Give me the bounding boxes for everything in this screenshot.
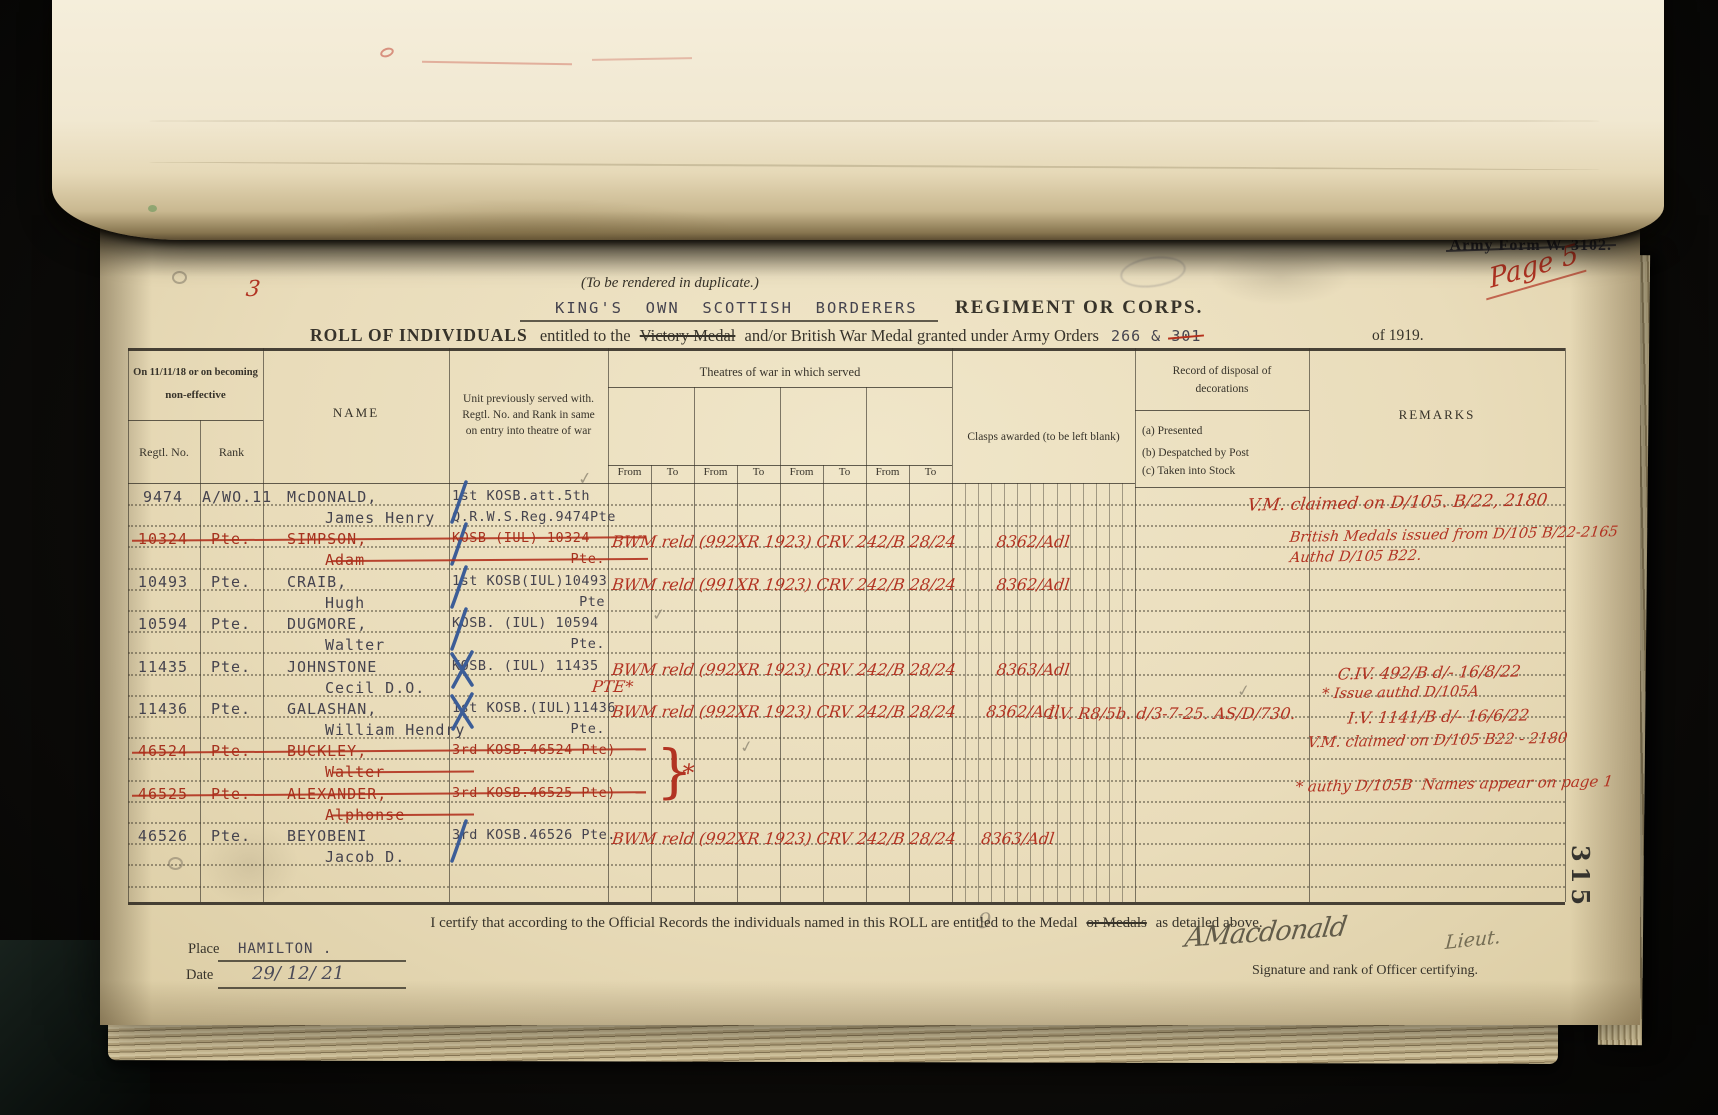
page-crease xyxy=(149,120,1600,122)
signature-label: Signature and rank of Officer certifying… xyxy=(1195,963,1535,979)
header-regtl-no: Regtl. No. xyxy=(128,445,200,460)
place-value: HAMILTON . xyxy=(238,941,332,957)
row-rank: A/WO.11 xyxy=(202,488,260,506)
remark-annotation: Authd D/105 B22. xyxy=(1289,548,1423,566)
header-record-1: Record of disposal of xyxy=(1135,365,1309,377)
remark-annotation: V.M. claimed on D/105 B22 - 2180 xyxy=(1307,729,1569,752)
row-rank: Pte. xyxy=(202,615,260,633)
table-rule xyxy=(1135,410,1309,411)
header-noneffective-1: On 11/11/18 or on becoming xyxy=(128,367,263,378)
red-dash-mark xyxy=(422,61,572,66)
header-unit-3: on entry into theatre of war xyxy=(449,425,608,437)
remark-annotation: British Medals issued from D/105 B/22-21… xyxy=(1289,524,1619,546)
header-record-a: (a) Presented xyxy=(1142,425,1202,437)
fastener-hole xyxy=(172,271,187,284)
blue-x-mark-icon xyxy=(449,649,475,694)
certify-struck: or Medals xyxy=(1086,915,1146,931)
book-photograph: Army Form W. 3102. Page 5 3 (To be rende… xyxy=(0,0,1718,1115)
page-crease xyxy=(149,161,1600,171)
row-unit-line2: Pte xyxy=(452,594,605,610)
table-rule xyxy=(780,387,781,465)
header-clasps: Clasps awarded (to be left blank) xyxy=(952,431,1135,443)
officer-rank: Lieut. xyxy=(1444,926,1501,954)
red-scribble-icon xyxy=(379,46,395,59)
row-regtl-no: 11435 xyxy=(130,658,196,676)
row-forename: Cecil D.O. xyxy=(325,679,425,697)
page-stack-bottom-edge xyxy=(108,1020,1558,1064)
row-medal-annotation: BWM reld (992XR 1923) CRV 242/B 28/24 83… xyxy=(611,829,1056,848)
roll-struck-medal: Victory Medal xyxy=(640,326,736,345)
document-page: Army Form W. 3102. Page 5 3 (To be rende… xyxy=(100,215,1640,1025)
roll-rest: and/or British War Medal granted under A… xyxy=(745,326,1099,345)
row-rank: Pte. xyxy=(202,573,260,591)
row-unit-line1: 1st KOSB(IUL)10493 xyxy=(452,573,605,589)
red-dash-mark xyxy=(592,57,692,61)
place-underline xyxy=(218,960,406,962)
header-from: From xyxy=(608,466,651,478)
header-theatres: Theatres of war in which served xyxy=(608,365,952,380)
row-forename: Jacob D. xyxy=(325,848,405,866)
header-remarks: REMARKS xyxy=(1309,407,1565,423)
handwritten-sheet-number: 3 xyxy=(244,277,261,302)
header-to: To xyxy=(737,466,780,478)
roll-title: ROLL OF INDIVIDUALS xyxy=(310,325,528,345)
table-rule xyxy=(128,886,1565,888)
faint-stamp-mark xyxy=(1118,253,1188,292)
row-unit-red-note: PTE* xyxy=(591,677,634,696)
row-regtl-no: 10493 xyxy=(130,573,196,591)
table-rule xyxy=(200,420,201,902)
blue-check-mark-icon xyxy=(449,818,469,869)
table-rule xyxy=(1135,348,1136,902)
header-to: To xyxy=(823,466,866,478)
row-regtl-no: 46526 xyxy=(130,827,196,845)
header-record-c: (c) Taken into Stock xyxy=(1142,465,1235,477)
row-surname: JOHNSTONE xyxy=(287,658,377,676)
row-surname: CRAIB, xyxy=(287,573,347,591)
row-unit-line1: 3rd KOSB.46526 Pte. xyxy=(452,827,605,843)
pencil-check-mark-icon: ✓ xyxy=(651,604,666,624)
roll-entitled: entitled to the xyxy=(540,326,631,345)
header-to: To xyxy=(909,466,952,478)
row-medal-annotation: BWM reld (992XR 1923) CRV 242/B 28/24 83… xyxy=(611,660,1071,679)
header-rank: Rank xyxy=(200,445,263,460)
regiment-underline xyxy=(520,320,938,322)
table-rule xyxy=(128,420,263,421)
orders-number: 266 & xyxy=(1111,327,1161,345)
table-rule xyxy=(608,348,609,902)
remark-annotation: V.M. claimed on D/105. B/22, 2180 xyxy=(1246,490,1548,515)
table-rule xyxy=(128,483,1135,484)
remark-annotation: C.IV. 492/B d/- 16/8/22 xyxy=(1337,661,1522,683)
row-forename: Walter xyxy=(325,636,385,654)
row-surname: DUGMORE, xyxy=(287,615,367,633)
table-rule xyxy=(263,348,264,902)
row-regtl-no: 11436 xyxy=(130,700,196,718)
date-value: 29/ 12/ 21 xyxy=(252,963,344,984)
row-unit-line1: 1st KOSB.att.5th xyxy=(452,488,605,504)
header-to: To xyxy=(651,466,694,478)
regiment-or-corps-label: REGIMENT OR CORPS. xyxy=(955,297,1203,319)
row-surname: BEYOBENI xyxy=(287,827,367,845)
table-rule xyxy=(866,387,867,465)
header-from: From xyxy=(780,466,823,478)
row-unit-line1: KOSB. (IUL) 10594 xyxy=(452,615,605,631)
row-unit-line2: Q.R.W.S.Reg.9474Pte xyxy=(452,509,605,525)
row-surname: GALASHAN, xyxy=(287,700,377,718)
table-rule xyxy=(952,348,953,902)
date-underline xyxy=(218,987,406,989)
row-rank: Pte. xyxy=(202,700,260,718)
regiment-name: KING'S OWN SCOTTISH BORDERERS xyxy=(555,299,918,317)
place-label: Place xyxy=(188,941,219,958)
row-rank: Pte. xyxy=(202,658,260,676)
table-rule xyxy=(128,348,129,902)
row-surname: McDONALD, xyxy=(287,488,377,506)
row-medal-annotation: BWM reld (992XR 1923) CRV 242/B 28/24 83… xyxy=(611,532,1071,551)
header-unit-2: Regtl. No. and Rank in same xyxy=(449,409,608,421)
table-rule xyxy=(1135,487,1565,488)
row-regtl-no: 10594 xyxy=(130,615,196,633)
date-label: Date xyxy=(186,967,213,984)
pencil-check-mark-icon: ✓ xyxy=(738,736,755,757)
certification-line: I certify that according to the Official… xyxy=(128,915,1565,932)
table-rule xyxy=(1309,348,1310,902)
pencil-check-mark-icon: ✓ xyxy=(577,468,594,490)
row-medal-annotation: BWM reld (991XR 1923) CRV 242/B 28/24 83… xyxy=(611,575,1071,594)
row-forename: Hugh xyxy=(325,594,365,612)
header-from: From xyxy=(866,466,909,478)
row-clasps-annotation: I.V. R8/5b. d/3-7-25. AS/D/730. xyxy=(1047,704,1297,723)
header-name: NAME xyxy=(263,405,449,421)
table-rule xyxy=(128,902,1565,905)
header-unit-1: Unit previously served with. xyxy=(449,393,608,405)
duplicate-note: (To be rendered in duplicate.) xyxy=(560,275,780,292)
row-medal-annotation: BWM reld (992XR 1923) CRV 242/B 28/24 83… xyxy=(611,702,1061,721)
roll-year: of 1919. xyxy=(1372,327,1424,345)
row-forename: William Hendry xyxy=(325,721,465,739)
remark-annotation: * Issue authd D/105A xyxy=(1321,684,1480,703)
side-page-number: 315 xyxy=(1566,845,1595,910)
table-rule xyxy=(1565,348,1566,902)
header-record-b: (b) Despatched by Post xyxy=(1142,447,1249,459)
curled-page-top xyxy=(52,0,1664,240)
row-regtl-no: 9474 xyxy=(130,488,196,506)
row-rank: Pte. xyxy=(202,827,260,845)
green-tab-mark xyxy=(148,205,157,212)
table-rule xyxy=(694,387,695,465)
header-noneffective-2: non-effective xyxy=(128,389,263,401)
blue-x-mark-icon xyxy=(449,691,475,736)
header-record-2: decorations xyxy=(1135,383,1309,395)
orders-number-struck: 301 xyxy=(1171,327,1201,345)
header-from: From xyxy=(694,466,737,478)
table-rule xyxy=(128,348,1565,351)
row-forename: James Henry xyxy=(325,509,435,527)
certify-text-1: I certify that according to the Official… xyxy=(430,915,1077,931)
red-strike-line xyxy=(332,771,474,774)
pencil-check-mark-icon: ✓ xyxy=(1236,680,1252,701)
remark-annotation: I.V. 1141/B d/- 16/6/22 xyxy=(1347,705,1531,727)
roll-title-line: ROLL OF INDIVIDUALS entitled to the Vict… xyxy=(310,325,1201,346)
